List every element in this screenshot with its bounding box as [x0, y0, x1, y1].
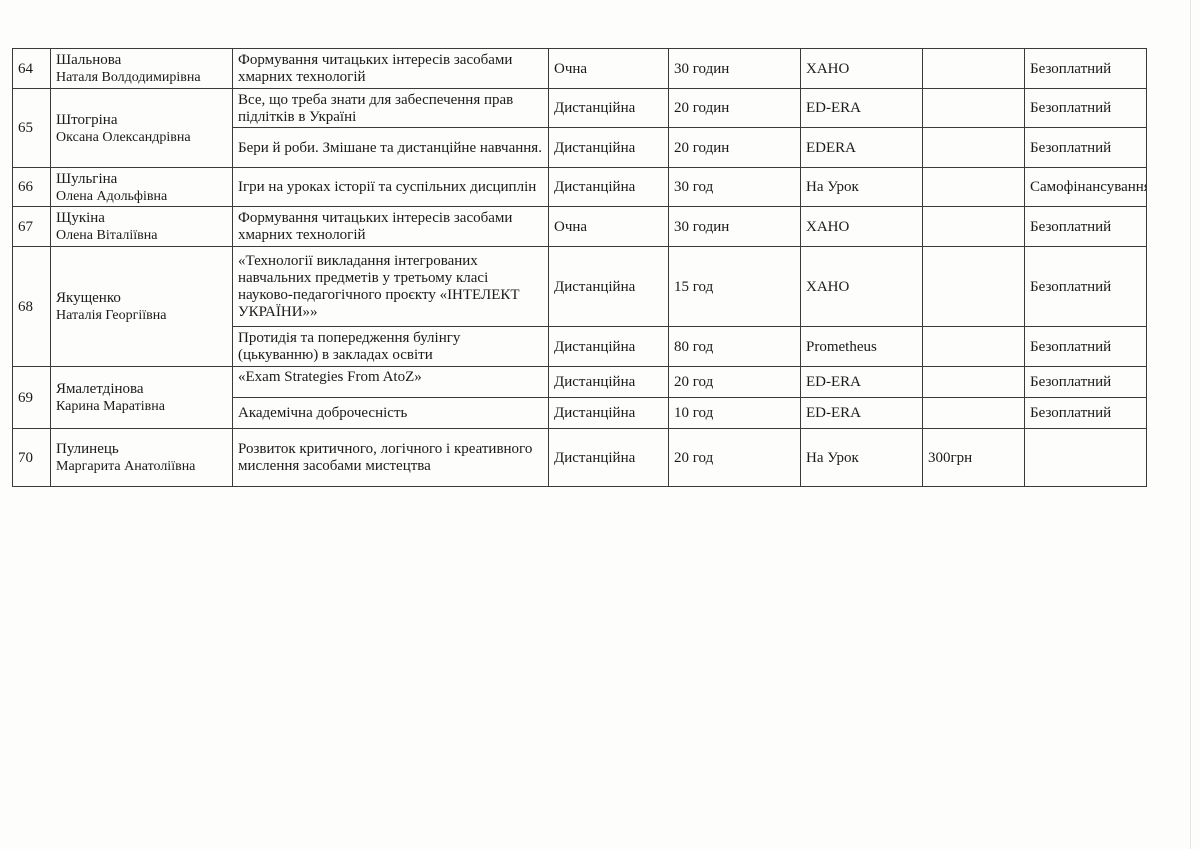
course-title: Формування читацьких інтересів засобами …	[233, 207, 549, 247]
provider: ХАНО	[801, 49, 923, 89]
funding: Безоплатний	[1025, 49, 1147, 89]
hours: 30 год	[669, 168, 801, 207]
given-names: Карина Маратівна	[56, 398, 227, 415]
surname: Шальнова	[56, 52, 227, 69]
study-form: Дистанційна	[549, 247, 669, 327]
provider: На Урок	[801, 168, 923, 207]
funding: Безоплатний	[1025, 89, 1147, 128]
funding: Самофінансування	[1025, 168, 1147, 207]
provider: ED-ERA	[801, 398, 923, 429]
course-title: Академічна доброчесність	[233, 398, 549, 429]
teacher-name: Шульгіна Олена Адольфівна	[51, 168, 233, 207]
hours: 20 годин	[669, 128, 801, 168]
cost: 300грн	[923, 429, 1025, 487]
table-row: 69 Ямалетдінова Карина Маратівна «Exam S…	[13, 367, 1147, 398]
funding: Безоплатний	[1025, 207, 1147, 247]
row-number: 70	[13, 429, 51, 487]
given-names: Олена Адольфівна	[56, 188, 227, 205]
hours: 20 год	[669, 429, 801, 487]
table-row: 66 Шульгіна Олена Адольфівна Ігри на уро…	[13, 168, 1147, 207]
cost	[923, 367, 1025, 398]
study-form: Дистанційна	[549, 429, 669, 487]
table-row: 64 Шальнова Наталя Волдодимирівна Формув…	[13, 49, 1147, 89]
teacher-name: Ямалетдінова Карина Маратівна	[51, 367, 233, 429]
given-names: Оксана Олександрівна	[56, 129, 227, 146]
provider: На Урок	[801, 429, 923, 487]
provider: ХАНО	[801, 207, 923, 247]
study-form: Дистанційна	[549, 367, 669, 398]
course-title: Формування читацьких інтересів засобами …	[233, 49, 549, 89]
scan-edge-line	[1190, 0, 1191, 849]
cost	[923, 207, 1025, 247]
teacher-name: Пулинець Маргарита Анатоліївна	[51, 429, 233, 487]
row-number: 67	[13, 207, 51, 247]
surname: Ямалетдінова	[56, 381, 227, 398]
provider: ED-ERA	[801, 89, 923, 128]
surname: Шульгіна	[56, 171, 227, 188]
study-form: Дистанційна	[549, 89, 669, 128]
provider: EDERA	[801, 128, 923, 168]
study-form: Очна	[549, 49, 669, 89]
course-title: Бери й роби. Змішане та дистанційне навч…	[233, 128, 549, 168]
given-names: Наталія Георгіївна	[56, 307, 227, 324]
row-number: 64	[13, 49, 51, 89]
hours: 15 год	[669, 247, 801, 327]
row-number: 69	[13, 367, 51, 429]
table-row: 68 Якущенко Наталія Георгіївна «Технолог…	[13, 247, 1147, 327]
funding: Безоплатний	[1025, 247, 1147, 327]
given-names: Олена Віталіївна	[56, 227, 227, 244]
teacher-name: Якущенко Наталія Георгіївна	[51, 247, 233, 367]
provider: Prometheus	[801, 327, 923, 367]
funding: Безоплатний	[1025, 327, 1147, 367]
cost	[923, 327, 1025, 367]
course-title: «Exam Strategies From AtoZ»	[233, 367, 549, 398]
course-title: Розвиток критичного, логічного і креатив…	[233, 429, 549, 487]
cost	[923, 128, 1025, 168]
cost	[923, 168, 1025, 207]
hours: 80 год	[669, 327, 801, 367]
surname: Пулинець	[56, 441, 227, 458]
funding: Безоплатний	[1025, 128, 1147, 168]
teacher-name: Щукіна Олена Віталіївна	[51, 207, 233, 247]
cost	[923, 247, 1025, 327]
surname: Щукіна	[56, 210, 227, 227]
cost	[923, 49, 1025, 89]
row-number: 68	[13, 247, 51, 367]
teacher-name: Штогріна Оксана Олександрівна	[51, 89, 233, 168]
surname: Штогріна	[56, 112, 227, 129]
funding: Безоплатний	[1025, 367, 1147, 398]
course-title: Протидія та попередження булінгу (цькува…	[233, 327, 549, 367]
study-form: Дистанційна	[549, 398, 669, 429]
hours: 30 годин	[669, 207, 801, 247]
table-row: 65 Штогріна Оксана Олександрівна Все, що…	[13, 89, 1147, 128]
surname: Якущенко	[56, 290, 227, 307]
teacher-name: Шальнова Наталя Волдодимирівна	[51, 49, 233, 89]
study-form: Дистанційна	[549, 327, 669, 367]
course-title: «Технології викладання інтегрованих навч…	[233, 247, 549, 327]
training-register-table: 64 Шальнова Наталя Волдодимирівна Формув…	[12, 48, 1147, 487]
hours: 10 год	[669, 398, 801, 429]
cost	[923, 89, 1025, 128]
study-form: Дистанційна	[549, 168, 669, 207]
hours: 30 годин	[669, 49, 801, 89]
hours: 20 год	[669, 367, 801, 398]
row-number: 66	[13, 168, 51, 207]
given-names: Наталя Волдодимирівна	[56, 69, 227, 86]
course-title: Все, що треба знати для забеспечення пра…	[233, 89, 549, 128]
study-form: Дистанційна	[549, 128, 669, 168]
row-number: 65	[13, 89, 51, 168]
funding: Безоплатний	[1025, 398, 1147, 429]
provider: ED-ERA	[801, 367, 923, 398]
provider: ХАНО	[801, 247, 923, 327]
table-row: 67 Щукіна Олена Віталіївна Формування чи…	[13, 207, 1147, 247]
funding	[1025, 429, 1147, 487]
table-row: 70 Пулинець Маргарита Анатоліївна Розвит…	[13, 429, 1147, 487]
course-title: Ігри на уроках історії та суспільних дис…	[233, 168, 549, 207]
given-names: Маргарита Анатоліївна	[56, 458, 227, 475]
hours: 20 годин	[669, 89, 801, 128]
study-form: Очна	[549, 207, 669, 247]
cost	[923, 398, 1025, 429]
